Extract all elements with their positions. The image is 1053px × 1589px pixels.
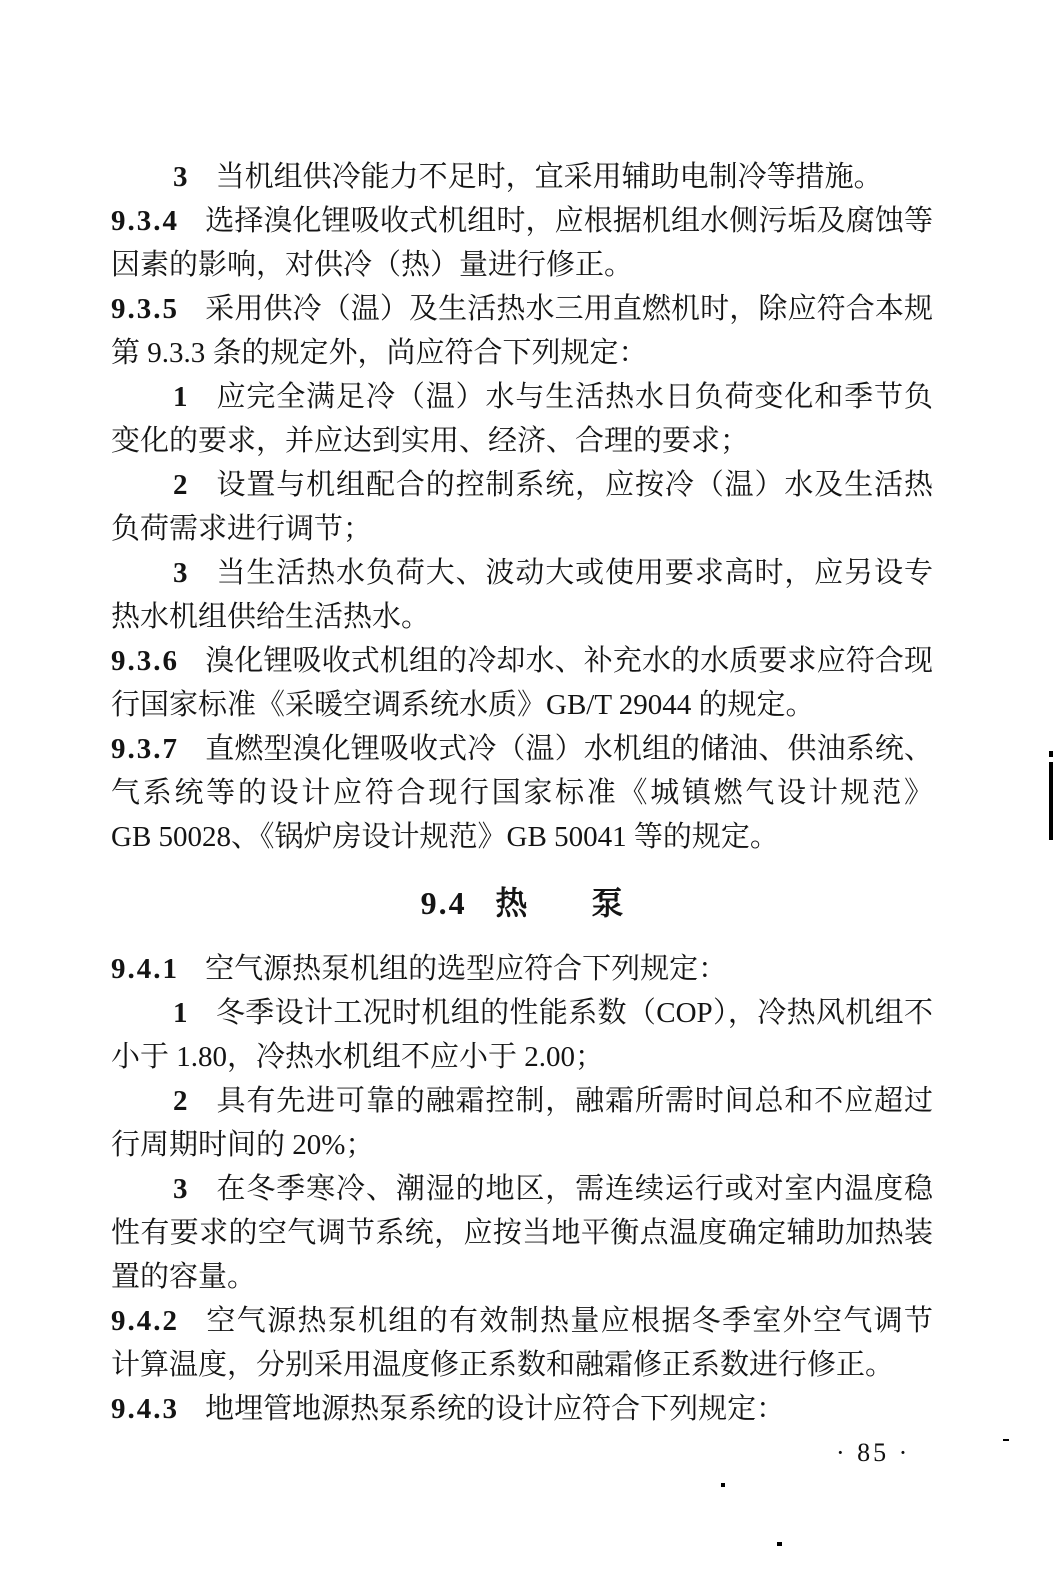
clause-number: 9.4.2 [111, 1305, 179, 1337]
text-line: 因素的影响，对供冷（热）量进行修正。 [111, 243, 933, 287]
line-text: 因素的影响，对供冷（热）量进行修正。 [111, 249, 633, 281]
line-text: 直燃型溴化锂吸收式冷（温）水机组的储油、供油系统、燃 [111, 733, 933, 771]
line-text: 计算温度，分别采用温度修正系数和融霜修正系数进行修正。 [111, 1349, 894, 1381]
text-line: 1应完全满足冷（温）水与生活热水日负荷变化和季节负荷 [111, 375, 933, 419]
line-text: 第 9.3.3 条的规定外，尚应符合下列规定： [111, 337, 648, 369]
text-line: 9.4.2空气源热泵机组的有效制热量应根据冬季室外空气调节 [111, 1299, 933, 1343]
line-text: 空气源热泵机组的有效制热量应根据冬季室外空气调节 [205, 1305, 933, 1337]
clause-number: 2 [173, 469, 190, 501]
section-heading-number: 9.4 [421, 885, 467, 921]
line-text: 设置与机组配合的控制系统，应按冷（温）水及生活热水的 [173, 469, 933, 507]
line-text: 具有先进可靠的融霜控制，融霜所需时间总和不应超过运 [173, 1085, 933, 1123]
clause-number: 9.3.7 [111, 733, 179, 765]
clause-number: 9.3.6 [111, 645, 179, 677]
clause-number: 9.4.1 [111, 953, 179, 985]
text-line: 9.4.3地埋管地源热泵系统的设计应符合下列规定： [111, 1387, 933, 1431]
text-line: 3当机组供冷能力不足时，宜采用辅助电制冷等措施。 [111, 155, 933, 199]
line-text: 负荷需求进行调节； [111, 513, 372, 545]
line-text: 选择溴化锂吸收式机组时，应根据机组水侧污垢及腐蚀等 [205, 205, 933, 237]
line-text: 小于 1.80，冷热水机组不应小于 2.00； [111, 1041, 604, 1073]
line-text: 行国家标准《采暖空调系统水质》GB/T 29044 的规定。 [111, 689, 815, 721]
clause-number: 3 [173, 557, 190, 589]
line-text: 冬季设计工况时机组的性能系数（COP），冷热风机组不应 [173, 997, 933, 1035]
page-number: · 85 · [836, 1438, 910, 1468]
scan-artifact-speck [1003, 1439, 1009, 1441]
text-line: 第 9.3.3 条的规定外，尚应符合下列规定： [111, 331, 933, 375]
line-text: 变化的要求，并应达到实用、经济、合理的要求； [111, 425, 749, 457]
line-text: 性有要求的空气调节系统，应按当地平衡点温度确定辅助加热装 [111, 1217, 933, 1249]
line-text: 热水机组供给生活热水。 [111, 601, 430, 633]
line-text: 当机组供冷能力不足时，宜采用辅助电制冷等措施。 [216, 161, 883, 193]
clause-number: 1 [173, 381, 190, 413]
text-line: 行周期时间的 20%； [111, 1123, 933, 1167]
clause-number: 3 [173, 161, 190, 193]
text-line: 计算温度，分别采用温度修正系数和融霜修正系数进行修正。 [111, 1343, 933, 1387]
text-line: 3当生活热水负荷大、波动大或使用要求高时，应另设专用 [111, 551, 933, 595]
section-heading-title: 热 泵 [495, 885, 623, 921]
text-line: 9.3.6溴化锂吸收式机组的冷却水、补充水的水质要求应符合现 [111, 639, 933, 683]
clause-number: 2 [173, 1085, 190, 1117]
line-text: 溴化锂吸收式机组的冷却水、补充水的水质要求应符合现 [205, 645, 933, 677]
text-line: 9.4.1空气源热泵机组的选型应符合下列规定： [111, 947, 933, 991]
line-text: 空气源热泵机组的选型应符合下列规定： [205, 953, 727, 985]
scan-artifact-tick [1049, 751, 1053, 757]
text-line: 1冬季设计工况时机组的性能系数（COP），冷热风机组不应 [111, 991, 933, 1035]
clause-number: 9.3.5 [111, 293, 179, 325]
text-line: 气系统等的设计应符合现行国家标准《城镇燃气设计规范》 [111, 771, 933, 815]
text-line: 9.3.4选择溴化锂吸收式机组时，应根据机组水侧污垢及腐蚀等 [111, 199, 933, 243]
line-text: 当生活热水负荷大、波动大或使用要求高时，应另设专用 [173, 557, 933, 595]
section-heading: 9.4热 泵 [111, 859, 933, 947]
section-9-3-lines: 3当机组供冷能力不足时，宜采用辅助电制冷等措施。9.3.4选择溴化锂吸收式机组时… [111, 155, 933, 859]
text-line: 变化的要求，并应达到实用、经济、合理的要求； [111, 419, 933, 463]
scan-artifact-speck [721, 1483, 725, 1487]
text-line: 9.3.7直燃型溴化锂吸收式冷（温）水机组的储油、供油系统、燃 [111, 727, 933, 771]
text-line: GB 50028、《锅炉房设计规范》GB 50041 等的规定。 [111, 815, 933, 859]
clause-number: 1 [173, 997, 190, 1029]
text-line: 性有要求的空气调节系统，应按当地平衡点温度确定辅助加热装 [111, 1211, 933, 1255]
line-text: 采用供冷（温）及生活热水三用直燃机时，除应符合本规范 [111, 293, 933, 331]
scan-artifact-bar [1049, 762, 1053, 840]
clause-number: 9.3.4 [111, 205, 179, 237]
text-line: 小于 1.80，冷热水机组不应小于 2.00； [111, 1035, 933, 1079]
text-line: 热水机组供给生活热水。 [111, 595, 933, 639]
line-text: 地埋管地源热泵系统的设计应符合下列规定： [205, 1393, 785, 1425]
text-line: 2具有先进可靠的融霜控制，融霜所需时间总和不应超过运 [111, 1079, 933, 1123]
line-text: 行周期时间的 20%； [111, 1129, 374, 1161]
section-9-4-lines: 9.4.1空气源热泵机组的选型应符合下列规定：1冬季设计工况时机组的性能系数（C… [111, 947, 933, 1431]
line-text: 应完全满足冷（温）水与生活热水日负荷变化和季节负荷 [173, 381, 933, 419]
text-line: 9.3.5采用供冷（温）及生活热水三用直燃机时，除应符合本规范 [111, 287, 933, 331]
text-line: 3在冬季寒冷、潮湿的地区，需连续运行或对室内温度稳定 [111, 1167, 933, 1211]
document-content: 3当机组供冷能力不足时，宜采用辅助电制冷等措施。9.3.4选择溴化锂吸收式机组时… [111, 155, 933, 1431]
document-page: 3当机组供冷能力不足时，宜采用辅助电制冷等措施。9.3.4选择溴化锂吸收式机组时… [0, 0, 1053, 1589]
text-line: 负荷需求进行调节； [111, 507, 933, 551]
text-line: 置的容量。 [111, 1255, 933, 1299]
clause-number: 9.4.3 [111, 1393, 179, 1425]
text-line: 行国家标准《采暖空调系统水质》GB/T 29044 的规定。 [111, 683, 933, 727]
scan-artifact-speck [777, 1542, 782, 1546]
line-text: 在冬季寒冷、潮湿的地区，需连续运行或对室内温度稳定 [173, 1173, 933, 1211]
line-text: 置的容量。 [111, 1261, 256, 1293]
text-line: 2设置与机组配合的控制系统，应按冷（温）水及生活热水的 [111, 463, 933, 507]
line-text: GB 50028、《锅炉房设计规范》GB 50041 等的规定。 [111, 821, 779, 853]
clause-number: 3 [173, 1173, 190, 1205]
line-text: 气系统等的设计应符合现行国家标准《城镇燃气设计规范》 [111, 777, 933, 809]
